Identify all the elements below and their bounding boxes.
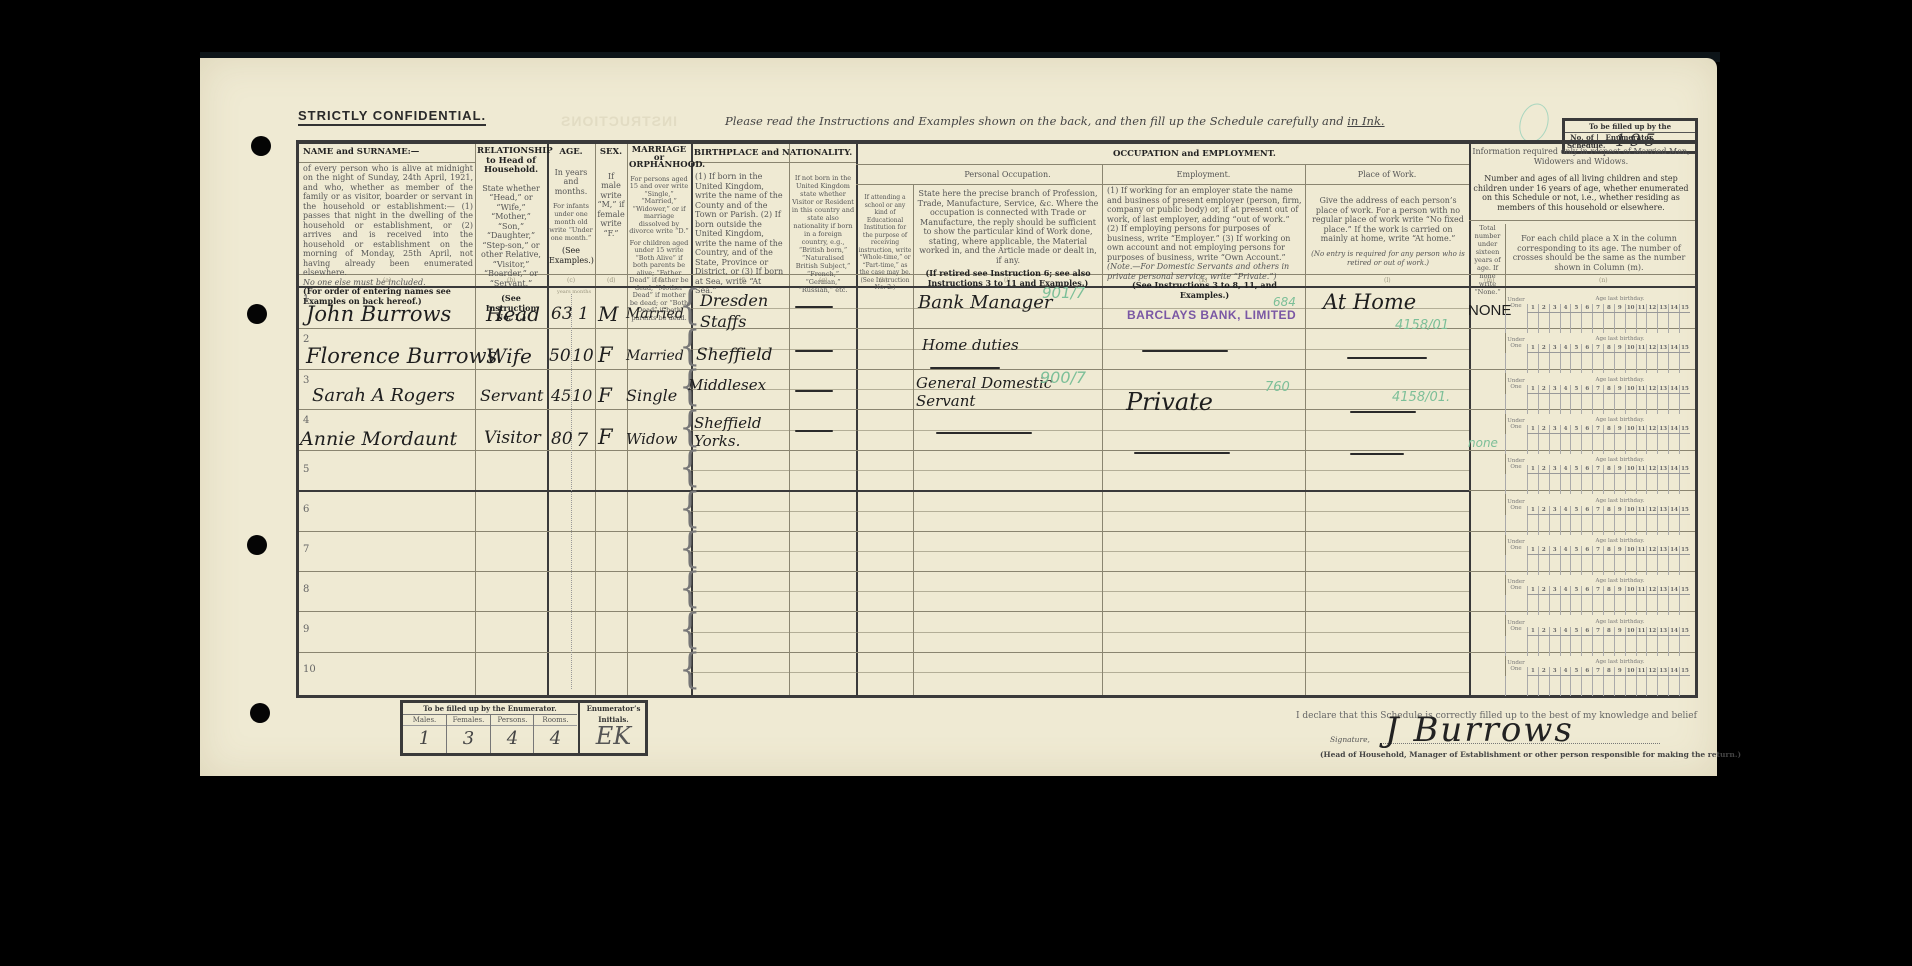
age-years: 63 — [551, 304, 573, 324]
age-years: 80 — [551, 429, 573, 449]
header-place-of-work: Give the address of each person’s place … — [1309, 196, 1467, 269]
males-count: 1 — [403, 728, 446, 749]
header-relationship: RELATIONSHIP to Head of Household. State… — [477, 147, 545, 323]
relationship: Visitor — [484, 428, 541, 448]
employer-code: 760 — [1265, 380, 1290, 395]
person-name: John Burrows — [306, 302, 451, 326]
child-age-grid: Under OneAge last birthday.1234567891011… — [1505, 499, 1690, 535]
employer-dash — [1134, 452, 1230, 454]
child-age-grid: Under OneAge last birthday.1234567891011… — [1505, 418, 1690, 454]
persons-count: 4 — [491, 728, 534, 749]
enumerator-initials: EK — [580, 731, 647, 742]
header-personal-occupation: State here the precise branch of Profess… — [917, 189, 1099, 288]
marriage: Single — [626, 386, 677, 405]
age-years: 50 — [549, 346, 571, 366]
person-name: Sarah A Rogers — [312, 385, 455, 406]
punch-hole — [251, 136, 271, 156]
instruction-line: Please read the Instructions and Example… — [725, 114, 1385, 128]
child-age-grid: Under OneAge last birthday.1234567891011… — [1505, 297, 1690, 333]
place-dash — [1350, 453, 1404, 455]
signature: J Burrows — [1385, 710, 1574, 750]
place-dash — [1350, 411, 1416, 413]
child-age-grid: Under OneAge last birthday.1234567891011… — [1505, 579, 1690, 615]
occupation-code: 900/7 — [1040, 368, 1086, 387]
employer: Private — [1126, 388, 1213, 416]
sex: F — [598, 343, 613, 367]
employer-code: 684 — [1273, 295, 1296, 309]
punch-hole — [250, 703, 270, 723]
enumerator-box: To be filled up by the Enumerator. Males… — [400, 700, 648, 756]
children-total: none — [1468, 436, 1498, 450]
females-count: 3 — [447, 728, 490, 749]
sex: M — [598, 302, 618, 326]
birthplace: Sheffield Yorks. — [694, 414, 754, 450]
marriage: Married — [626, 306, 684, 322]
sex: F — [598, 425, 613, 449]
age-months: 10 — [572, 386, 592, 405]
employer-dash — [1142, 350, 1228, 352]
marriage: Widow — [626, 430, 677, 448]
header-occupation: OCCUPATION and EMPLOYMENT. — [858, 149, 1469, 160]
relationship: Head — [486, 302, 540, 326]
age-months: 7 — [576, 429, 588, 451]
header-birthplace: BIRTHPLACE and NATIONALITY. — [693, 149, 853, 159]
punch-hole — [247, 535, 267, 555]
child-age-grid: Under OneAge last birthday.1234567891011… — [1505, 620, 1690, 656]
child-age-grid: Under OneAge last birthday.1234567891011… — [1505, 337, 1690, 373]
header-children: Information required only in respect of … — [1471, 147, 1691, 212]
person-name: Florence Burrows — [306, 344, 497, 368]
child-age-grid: Under OneAge last birthday.1234567891011… — [1505, 458, 1690, 494]
age-months: 1 — [578, 304, 589, 324]
employer-stamp: BARCLAYS BANK, LIMITED — [1127, 308, 1296, 322]
child-age-grid: Under OneAge last birthday.1234567891011… — [1505, 539, 1690, 575]
header-children-ages: For each child place a X in the column c… — [1509, 234, 1689, 272]
header-sex: SEX. If male write “M,” if female write … — [597, 148, 625, 238]
birthplace: Middlesex — [688, 376, 766, 394]
place-of-work: At Home — [1323, 290, 1416, 314]
rooms-count: 4 — [534, 728, 577, 749]
signature-label: Signature, — [1330, 735, 1370, 744]
header-children-total: Total number under sixteen years of age.… — [1471, 224, 1504, 296]
bleed-through-text: INSTRUCTIONS — [560, 113, 677, 129]
marriage: Married — [626, 348, 684, 364]
birthplace: Dresden Staffs — [700, 290, 770, 332]
personal-occupation: Bank Manager — [918, 292, 1052, 313]
punch-hole — [247, 304, 267, 324]
place-code: 4158/01. — [1392, 390, 1450, 405]
child-age-grid: Under OneAge last birthday.1234567891011… — [1505, 660, 1690, 696]
age-years: 45 — [551, 386, 571, 405]
birthplace: Sheffield — [696, 345, 773, 365]
header-nationality: If not born in the United Kingdom state … — [791, 174, 855, 294]
personal-occupation: Home duties — [922, 336, 1019, 354]
child-age-grid: Under OneAge last birthday.1234567891011… — [1505, 378, 1690, 414]
person-name: Annie Mordaunt — [300, 428, 457, 450]
page-title: STRICTLY CONFIDENTIAL. — [298, 108, 486, 126]
signature-footer: (Head of Household, Manager of Establish… — [1320, 750, 1741, 759]
occupation-code: 901/7 — [1042, 284, 1085, 302]
relationship: Wife — [486, 344, 532, 368]
age-months: 10 — [572, 346, 594, 366]
place-code: 4158/01 — [1395, 318, 1449, 333]
sex: F — [598, 383, 612, 407]
occupation-dash — [936, 432, 1032, 434]
header-age: AGE. In years and months. For infants un… — [549, 148, 593, 265]
relationship: Servant — [480, 386, 543, 405]
household-table: NAME and SURNAME:— of every person who i… — [296, 140, 1698, 698]
place-dash — [1347, 357, 1427, 359]
